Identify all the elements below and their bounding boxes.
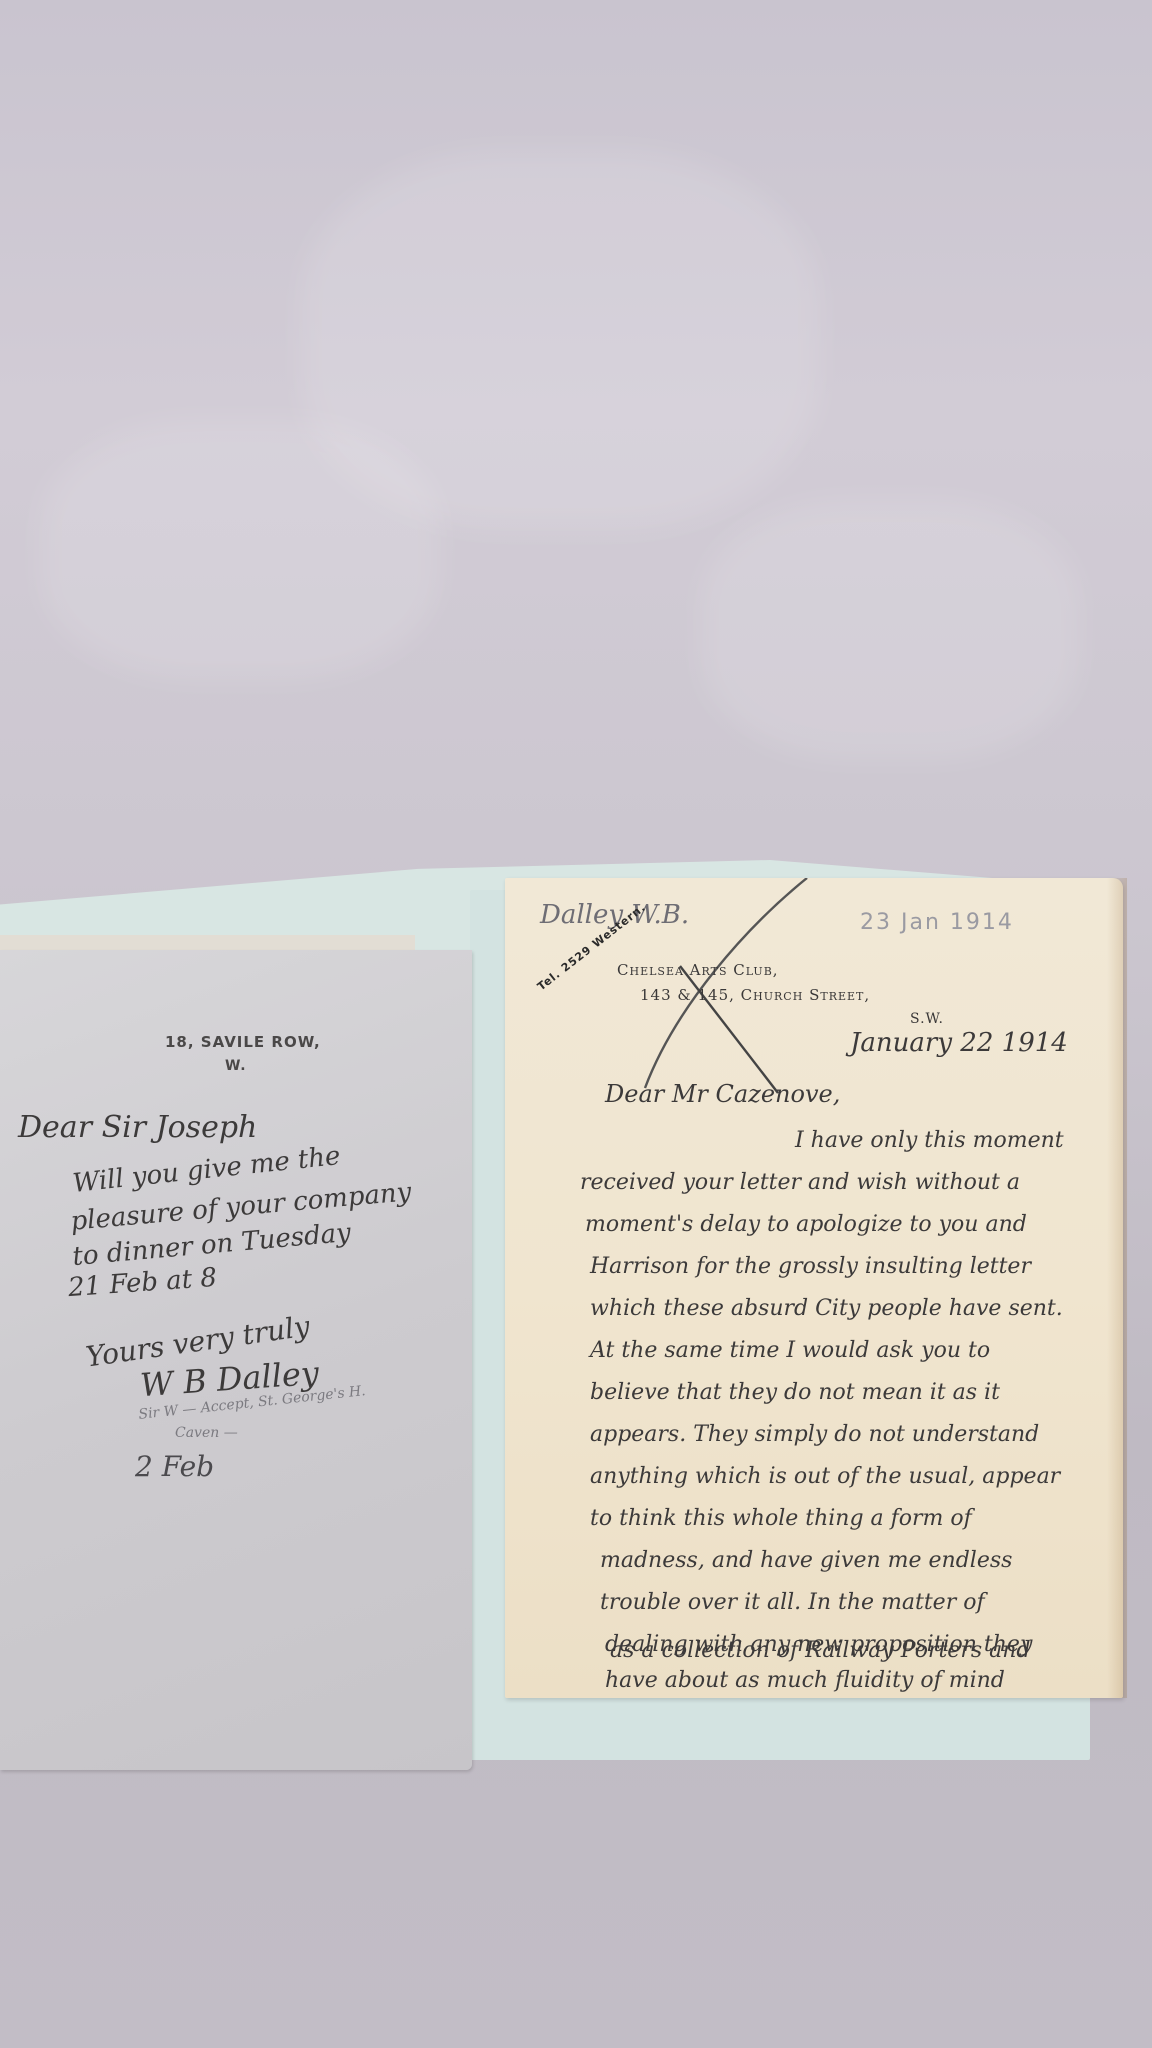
right-body-line: Harrison for the grossly insulting lette… <box>590 1254 1031 1279</box>
received-date-stamp: 23 Jan 1914 <box>860 910 1014 935</box>
letter-date: January 22 1914 <box>850 1028 1068 1058</box>
left-letterhead-line2: W. <box>225 1058 247 1074</box>
right-body-line: believe that they do not mean it as it <box>590 1380 1000 1405</box>
right-body-line: At the same time I would ask you to <box>590 1338 990 1363</box>
cloth-highlight <box>40 420 440 680</box>
right-body-line: to think this whole thing a form of <box>590 1506 972 1531</box>
left-salutation: Dear Sir Joseph <box>18 1110 257 1145</box>
right-letter-sheet: Dalley W.B. 23 Jan 1914 Tel. 2529 Wester… <box>505 878 1123 1698</box>
left-pencil-date: 2 Feb <box>135 1450 214 1483</box>
right-body-line: madness, and have given me endless <box>600 1548 1012 1573</box>
right-body-line: received your letter and wish without a <box>580 1170 1020 1195</box>
right-body-line-last: as a collection of Railway Porters and <box>610 1638 1030 1663</box>
right-body-line: moment's delay to apologize to you and <box>585 1212 1027 1237</box>
left-pencil-note: Caven — <box>175 1425 238 1441</box>
left-letter-card: 18, SAVILE ROW, W. Dear Sir Joseph Will … <box>0 950 472 1770</box>
left-letterhead-line1: 18, SAVILE ROW, <box>165 1033 321 1051</box>
right-body-line: which these absurd City people have sent… <box>590 1296 1063 1321</box>
right-body-line: anything which is out of the usual, appe… <box>590 1464 1060 1489</box>
cloth-highlight <box>700 500 1080 760</box>
right-salutation: Dear Mr Cazenove, <box>605 1080 840 1108</box>
right-body-line: I have only this moment <box>795 1128 1064 1153</box>
right-body-line: have about as much fluidity of mind <box>605 1668 1005 1693</box>
right-letterhead-line3: S.W. <box>910 1011 944 1027</box>
right-body-line: trouble over it all. In the matter of <box>600 1590 985 1615</box>
right-body-line: appears. They simply do not understand <box>590 1422 1039 1447</box>
right-letterhead-line2: 143 & 145, Church Street, <box>640 986 870 1004</box>
right-letterhead-line1: Chelsea Arts Club, <box>617 961 779 979</box>
